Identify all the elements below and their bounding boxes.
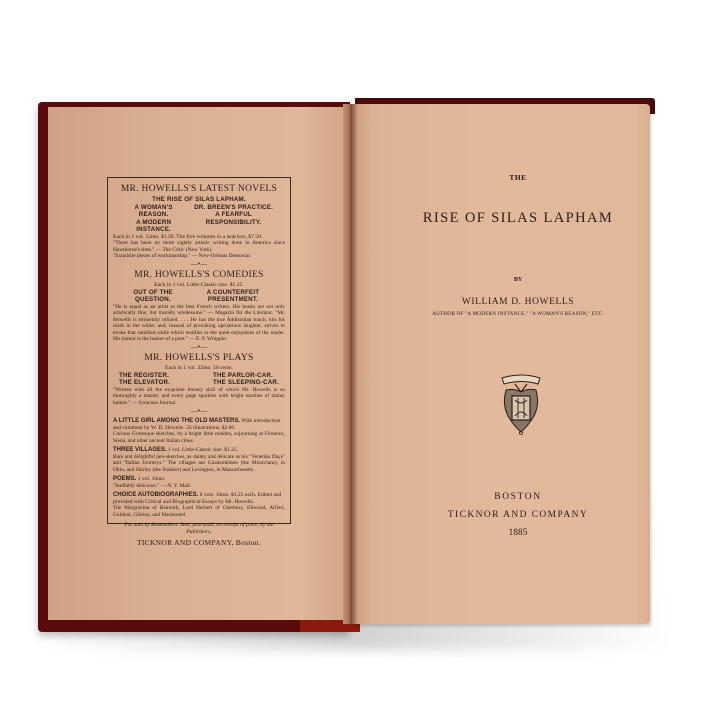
novel-title: A FEARFUL RESPONSIBILITY. <box>188 211 279 226</box>
novel-title: DR. BREEN'S PRACTICE. <box>188 204 279 212</box>
book-gutter <box>343 104 357 624</box>
item-desc: Curious Grotesque sketches, by a bright … <box>113 431 285 444</box>
item-title: A LITTLE GIRL AMONG THE OLD MASTERS. <box>113 418 240 424</box>
other-item: THREE VILLAGES. 1 vol. Little-Classic si… <box>113 447 285 454</box>
comedies-heading: MR. HOWELLS'S COMEDIES <box>113 270 285 280</box>
novels-quote: "Exquisite pieces of workmanship." — New… <box>113 253 285 259</box>
plays-quote: "Written with all the exquisite literary… <box>113 387 285 406</box>
sale-note: For sale by Booksellers. Sent, post-paid… <box>113 522 285 535</box>
novels-price: Each in 1 vol. 12mo. $1.50. The five vol… <box>113 234 285 241</box>
item-title: POEMS. <box>113 476 136 482</box>
item-text: 1 vol. 16mo. <box>138 476 166 482</box>
advertisement-box: MR. HOWELLS'S LATEST NOVELS THE RISE OF … <box>107 177 291 524</box>
novels-quote: "There has been no more sightly artistic… <box>113 240 285 253</box>
divider-ornament: —•— <box>113 261 285 268</box>
item-desc: "Ineffably delicious." — N. Y. Mail. <box>113 483 285 489</box>
comedy-titles: OUT OF THE QUESTION. A COUNTERFEIT PRESE… <box>113 289 285 304</box>
comedy-title: OUT OF THE QUESTION. <box>119 289 187 304</box>
by-line: BY <box>400 277 636 283</box>
play-titles: THE REGISTER.THE ELEVATOR. THE PARLOR-CA… <box>113 372 285 387</box>
item-desc: Rare and delightful pen-sketches, as dai… <box>113 454 285 473</box>
right-page <box>354 104 650 624</box>
other-item: A LITTLE GIRL AMONG THE OLD MASTERS. Wit… <box>113 418 285 431</box>
publisher-device-icon <box>498 370 544 436</box>
plays-heading: MR. HOWELLS'S PLAYS <box>113 353 285 363</box>
ad-publisher: TICKNOR AND COMPANY, Boston. <box>113 538 285 547</box>
author-credits: AUTHOR OF "A MODERN INSTANCE," "A WOMAN'… <box>400 311 636 317</box>
novel-title: A WOMAN'S REASON. <box>119 204 188 219</box>
divider-ornament: —•— <box>113 344 285 351</box>
item-title: THREE VILLAGES. <box>113 447 167 453</box>
novel-title: A MODERN INSTANCE. <box>119 219 188 234</box>
author-name: WILLIAM D. HOWELLS <box>400 297 636 307</box>
play-title: THE REGISTER. <box>119 372 170 380</box>
item-desc: The Margravine of Baireuth, Lord Herbert… <box>113 505 285 518</box>
item-title: CHOICE AUTOBIOGRAPHIES. <box>113 492 198 498</box>
novels-heading: MR. HOWELLS'S LATEST NOVELS <box>113 184 285 194</box>
comedies-quote: "He is equal as an artist to the best Fr… <box>113 304 285 342</box>
book-title: RISE OF SILAS LAPHAM <box>400 210 636 227</box>
item-text: 1 vol. Little-Classic size. $1.25. <box>168 447 238 453</box>
comedy-title: A COUNTERFEIT PRESENTMENT. <box>187 289 279 304</box>
publisher-name: TICKNOR AND COMPANY <box>400 510 636 520</box>
publisher-city: BOSTON <box>400 492 636 502</box>
publication-year: 1885 <box>400 528 636 538</box>
title-the: THE <box>400 173 636 182</box>
divider-ornament: —•— <box>113 408 285 415</box>
other-item: POEMS. 1 vol. 16mo. <box>113 476 285 483</box>
play-title: THE PARLOR-CAR. <box>213 372 279 380</box>
play-title: THE SLEEPING-CAR. <box>213 379 279 387</box>
novel-title-lapham: THE RISE OF SILAS LAPHAM. <box>113 196 285 204</box>
novel-titles: A WOMAN'S REASON.A MODERN INSTANCE. DR. … <box>113 204 285 234</box>
plays-price: Each in 1 vol. 32mo. 50 cents. <box>113 365 285 372</box>
comedies-price: Each in 1 vol. Little-Classic size. $1.2… <box>113 282 285 289</box>
play-title: THE ELEVATOR. <box>119 379 170 387</box>
other-item: CHOICE AUTOBIOGRAPHIES. 8 vols. 16mo. $1… <box>113 492 285 505</box>
